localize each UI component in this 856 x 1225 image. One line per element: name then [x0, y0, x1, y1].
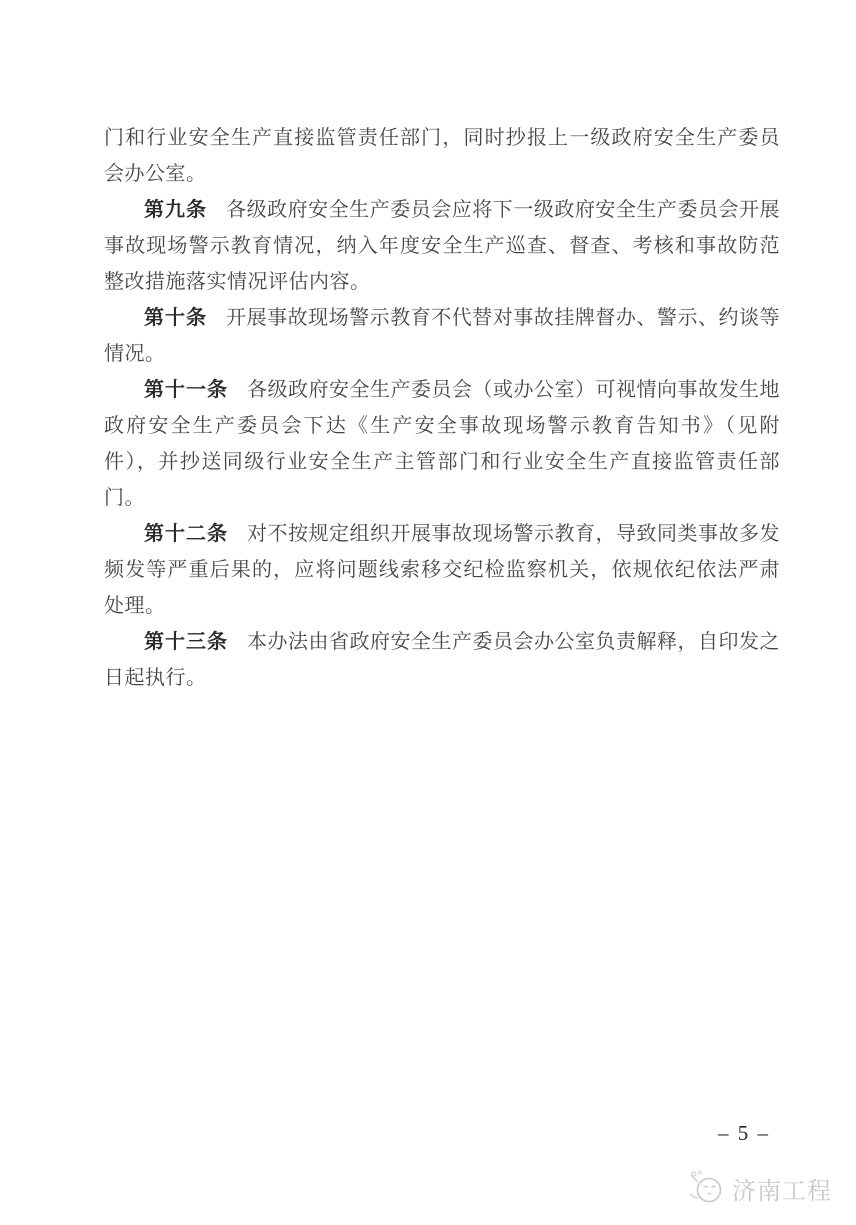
article-label: 第十二条 [144, 523, 228, 545]
article-label: 第九条 [144, 199, 207, 221]
paragraph-article-11: 第十一条各级政府安全生产委员会（或办公室）可视情向事故发生地政府安全生产委员会下… [104, 372, 780, 516]
article-label: 第十一条 [144, 379, 228, 401]
article-label: 第十三条 [144, 631, 228, 653]
paragraph-article-10: 第十条开展事故现场警示教育不代替对事故挂牌督办、警示、约谈等情况。 [104, 300, 780, 372]
article-label: 第十条 [144, 307, 207, 329]
paragraph-article-12: 第十二条对不按规定组织开展事故现场警示教育，导致同类事故多发频发等严重后果的，应… [104, 516, 780, 624]
paragraph-article-9: 第九条各级政府安全生产委员会应将下一级政府安全生产委员会开展事故现场警示教育情况… [104, 192, 780, 300]
document-page: 门和行业安全生产直接监管责任部门，同时抄报上一级政府安全生产委员会办公室。 第九… [0, 0, 856, 1225]
watermark-text: 济南工程 [732, 1171, 832, 1206]
paragraph-continuation: 门和行业安全生产直接监管责任部门，同时抄报上一级政府安全生产委员会办公室。 [104, 120, 780, 192]
paragraph-text: 门和行业安全生产直接监管责任部门，同时抄报上一级政府安全生产委员会办公室。 [104, 127, 780, 185]
document-body: 门和行业安全生产直接监管责任部门，同时抄报上一级政府安全生产委员会办公室。 第九… [104, 120, 780, 696]
watermark: 济南工程 [687, 1170, 832, 1206]
page-number: – 5 – [718, 1121, 770, 1146]
paragraph-article-13: 第十三条本办法由省政府安全生产委员会办公室负责解释，自印发之日起执行。 [104, 624, 780, 696]
mascot-face-icon [687, 1170, 725, 1206]
